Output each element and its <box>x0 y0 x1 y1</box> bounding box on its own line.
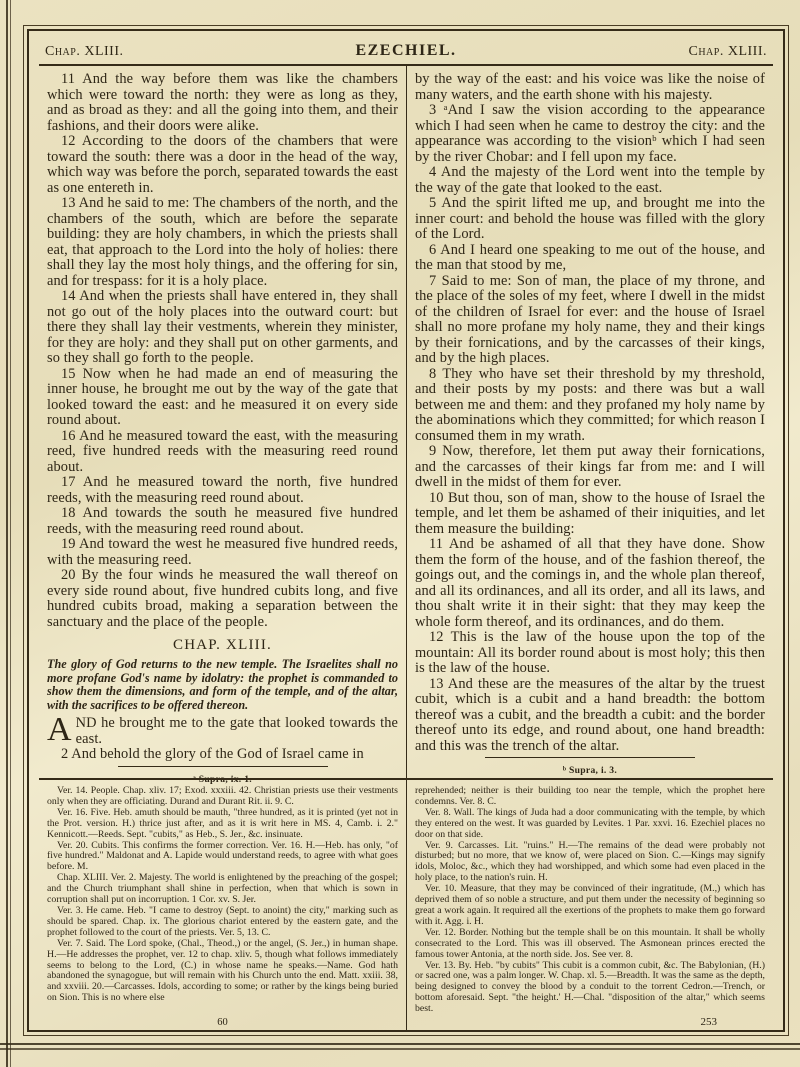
paragraph: Ver. 12. Border. Nothing but the temple … <box>415 928 765 961</box>
verse-1-text: ND he brought me to the gate that looked… <box>76 715 398 747</box>
right-verses: 3 ᵃAnd I saw the vision according to the… <box>415 103 765 754</box>
commentary-right-column: reprehended; neither is their building t… <box>406 780 773 1032</box>
paragraph: 9 Now, therefore, let them put away thei… <box>415 444 765 491</box>
page-header: Chap. XLIII. EZECHIEL. Chap. XLIII. <box>39 31 773 66</box>
commentary-continuation: reprehended; neither is their building t… <box>415 786 765 808</box>
paragraph: 12 According to the doors of the chamber… <box>47 134 398 196</box>
scan-page-edge-left <box>6 0 11 1067</box>
paragraph: Ver. 8. Wall. The kings of Juda had a do… <box>415 808 765 841</box>
paragraph: 16 And he measured toward the east, with… <box>47 429 398 476</box>
paragraph: 4 And the majesty of the Lord went into … <box>415 165 765 196</box>
page-frame: Chap. XLIII. EZECHIEL. Chap. XLIII. 11 A… <box>27 29 785 1032</box>
footnote-ref-text-right: ᵇ Supra, i. 3. <box>563 765 617 776</box>
paragraph: 13 And he said to me: The chambers of th… <box>47 196 398 289</box>
footnote-rule-right <box>485 757 695 758</box>
paragraph: 13 And these are the measures of the alt… <box>415 677 765 755</box>
paragraph: Ver. 16. Five. Heb. amuth should be maut… <box>47 808 398 841</box>
footnote-reference-right: ᵇ Supra, i. 3. <box>415 754 765 781</box>
paragraph: Ver. 3. He came. Heb. "I came to destroy… <box>47 906 398 939</box>
paragraph: 14 And when the priests shall have enter… <box>47 289 398 367</box>
left-verses: 11 And the way before them was like the … <box>47 72 398 630</box>
paragraph: Ver. 13. By. Heb. "by cubits" This cubit… <box>415 961 765 1016</box>
paragraph: 7 Said to me: Son of man, the place of m… <box>415 274 765 367</box>
scan-page-edge-bottom <box>0 1043 800 1050</box>
paragraph: Ver. 7. Said. The Lord spoke, (Chal., Th… <box>47 939 398 1004</box>
paragraph: 11 And the way before them was like the … <box>47 72 398 134</box>
chapter-heading: CHAP. XLIII. <box>47 637 398 654</box>
drop-cap: A <box>47 716 76 743</box>
header-chapter-right: Chap. XLIII. <box>689 44 768 60</box>
paragraph: 12 This is the law of the house upon the… <box>415 630 765 677</box>
paragraph: Ver. 10. Measure, that they may be convi… <box>415 884 765 928</box>
page-number: 253 <box>415 1015 765 1030</box>
paragraph: 18 And towards the south he measured fiv… <box>47 506 398 537</box>
paragraph: 8 They who have set their threshold by m… <box>415 367 765 445</box>
main-right-column: by the way of the east: and his voice wa… <box>406 66 773 778</box>
commentary-left-column: Ver. 14. People. Chap. xliv. 17; Exod. x… <box>39 780 406 1032</box>
commentary-left-notes: Ver. 14. People. Chap. xliv. 17; Exod. x… <box>47 786 398 1004</box>
commentary-right-notes: Ver. 8. Wall. The kings of Juda had a do… <box>415 808 765 1015</box>
header-book-title: EZECHIEL. <box>355 42 456 60</box>
page-content: Chap. XLIII. EZECHIEL. Chap. XLIII. 11 A… <box>29 31 783 1030</box>
main-left-column: 11 And the way before them was like the … <box>39 66 406 778</box>
paragraph: Ver. 14. People. Chap. xliv. 17; Exod. x… <box>47 786 398 808</box>
signature-mark: 60 <box>47 1016 398 1030</box>
paragraph: Chap. XLIII. Ver. 2. Majesty. The world … <box>47 873 398 906</box>
paragraph: Ver. 9. Carcasses. Lit. "ruins." H.—The … <box>415 841 765 885</box>
footnote-rule-left <box>118 766 328 767</box>
verse-continuation: by the way of the east: and his voice wa… <box>415 72 765 103</box>
paragraph: 11 And be ashamed of all that they have … <box>415 537 765 630</box>
paragraph: 10 But thou, son of man, show to the hou… <box>415 491 765 538</box>
page-body: 11 And the way before them was like the … <box>39 66 773 1032</box>
header-chapter-left: Chap. XLIII. <box>45 44 124 60</box>
paragraph: Ver. 20. Cubits. This confirms the forme… <box>47 841 398 874</box>
verse-2: 2 And behold the glory of the God of Isr… <box>47 747 398 763</box>
paragraph: 20 By the four winds he measured the wal… <box>47 568 398 630</box>
chapter-argument: The glory of God returns to the new temp… <box>47 658 398 712</box>
paragraph: 17 And he measured toward the north, fiv… <box>47 475 398 506</box>
paragraph: 19 And toward the west he measured five … <box>47 537 398 568</box>
verse-1: AND he brought me to the gate that looke… <box>47 716 398 747</box>
paragraph: 5 And the spirit lifted me up, and broug… <box>415 196 765 243</box>
paragraph: 3 ᵃAnd I saw the vision according to the… <box>415 103 765 165</box>
paragraph: 15 Now when he had made an end of measur… <box>47 367 398 429</box>
paragraph: 6 And I heard one speaking to me out of … <box>415 243 765 274</box>
